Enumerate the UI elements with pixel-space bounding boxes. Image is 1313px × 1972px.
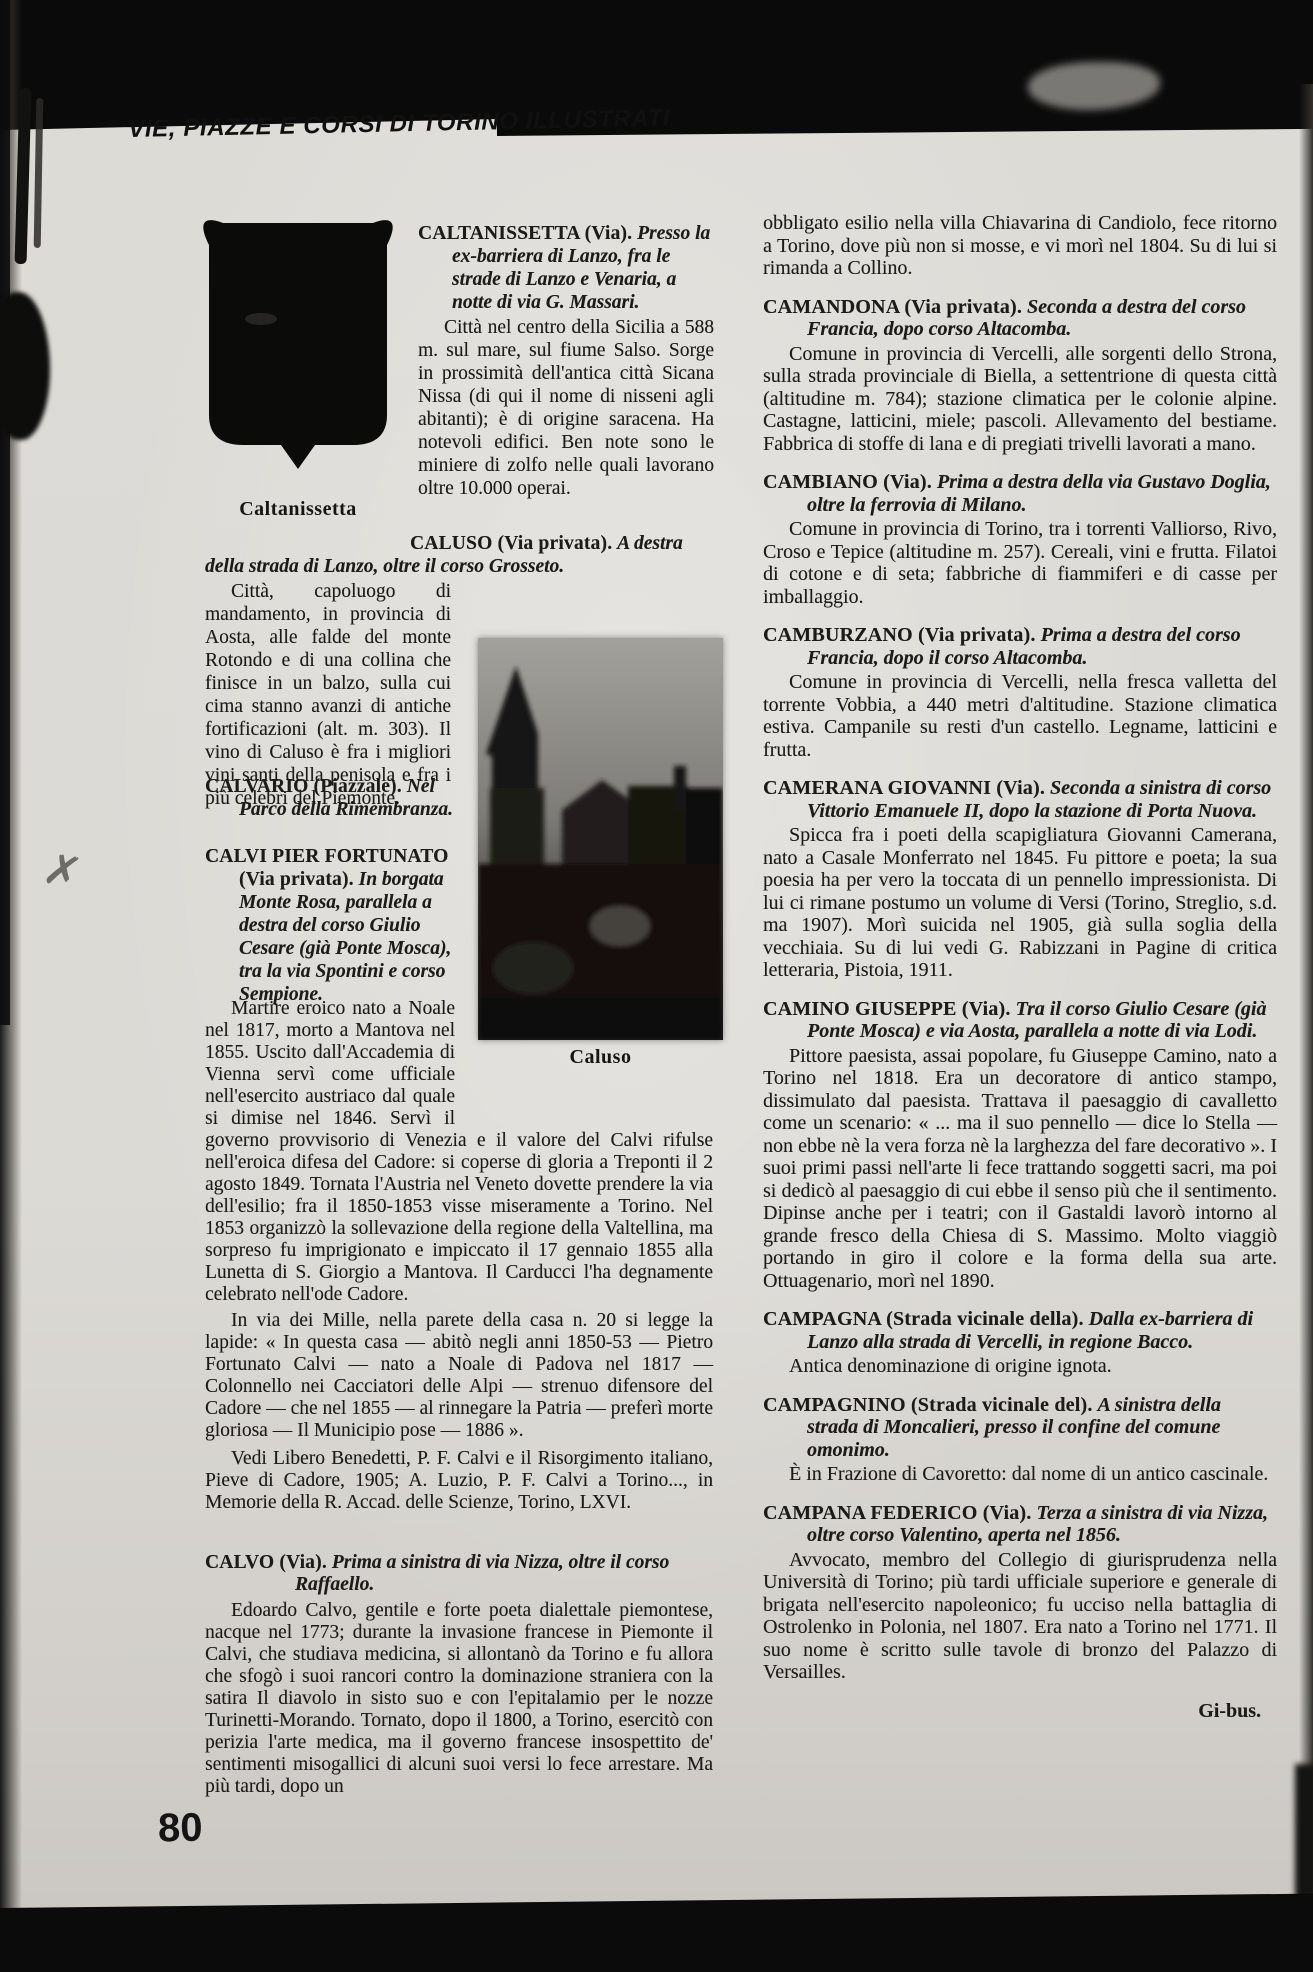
entry-name: CALVARIO (Piazzale). <box>205 776 402 797</box>
column-right: obbligato esilio nella villa Chiavarina … <box>763 212 1277 1722</box>
entry-calvi-biography: Martire eroico nato a Noale nel 1817, mo… <box>205 998 713 1306</box>
entry-paragraph: In via dei Mille, nella parete della cas… <box>205 1310 713 1442</box>
caltanissetta-coat-of-arms <box>193 211 403 469</box>
entry-camerana-giovanni: CAMERANA GIOVANNI (Via). Seconda a sinis… <box>763 777 1277 982</box>
entry-paragraph: Comune in provincia di Vercelli, nella f… <box>763 671 1277 761</box>
coat-of-arms-caption: Caltanissetta <box>193 498 403 521</box>
shield-icon <box>193 211 403 469</box>
entry-calvi-plaque: In via dei Mille, nella parete della cas… <box>205 1310 713 1442</box>
entry-heading: CALVI PIER FORTUNATO (Via privata). In b… <box>205 845 461 1006</box>
entry-name: CALTANISSETTA (Via). <box>418 223 632 244</box>
handwritten-x-mark: ✗ <box>38 842 86 900</box>
entry-paragraph: obbligato esilio nella villa Chiavarina … <box>763 212 1277 280</box>
entry-heading: CAMPAGNINO (Strada vicinale del). A sini… <box>763 1394 1277 1462</box>
entry-calvo-continuation: obbligato esilio nella villa Chiavarina … <box>763 212 1277 280</box>
entry-heading: CAMANDONA (Via privata). Seconda a destr… <box>763 296 1277 341</box>
entry-paragraph: Pittore paesista, assai popolare, fu Giu… <box>763 1045 1277 1293</box>
entry-heading: CAMBIANO (Via). Prima a destra della via… <box>763 471 1277 516</box>
entry-heading: CAMPANA FEDERICO (Via). Terza a sinistra… <box>763 1502 1277 1547</box>
entry-name: CAMPANA FEDERICO (Via). <box>763 1502 1031 1524</box>
entry-name: CAMPAGNINO (Strada vicinale del). <box>763 1394 1093 1416</box>
entry-location: Prima a sinistra di via Nizza, oltre il … <box>295 1552 669 1595</box>
entry-camburzano: CAMBURZANO (Via privata). Prima a destra… <box>763 624 1277 761</box>
entry-paragraph: Avvocato, membro del Collegio di giurisp… <box>763 1549 1277 1684</box>
entry-calvi-pier-fortunato: CALVI PIER FORTUNATO (Via privata). In b… <box>205 845 461 1008</box>
entry-heading: CAMINO GIUSEPPE (Via). Tra il corso Giul… <box>763 998 1277 1043</box>
entry-paragraph: È in Frazione di Cavoretto: dal nome di … <box>763 1463 1277 1486</box>
photo-wrap-spacer <box>465 626 713 816</box>
entry-calvo: CALVO (Via). Prima a sinistra di via Niz… <box>205 1552 713 1798</box>
corner-smudge <box>1295 1764 1313 1914</box>
entry-name: CAMBIANO (Via). <box>763 471 932 493</box>
entry-cambiano: CAMBIANO (Via). Prima a destra della via… <box>763 471 1277 608</box>
entry-campagnino: CAMPAGNINO (Strada vicinale del). A sini… <box>763 1394 1277 1486</box>
entry-calvario: CALVARIO (Piazzale). Nel Parco della Rim… <box>205 775 461 823</box>
entry-name: CAMERANA GIOVANNI (Via). <box>763 777 1045 799</box>
entry-calvi-bibliography: Vedi Libero Benedetti, P. F. Calvi e il … <box>205 1448 713 1514</box>
page-number: 80 <box>158 1806 203 1852</box>
author-signature: Gi-bus. <box>763 1700 1277 1723</box>
entry-heading: CALTANISSETTA (Via). Presso la ex-barrie… <box>418 222 714 314</box>
entry-caluso: CALUSO (Via privata). A destra della str… <box>205 532 713 816</box>
entry-paragraph: Antica denominazione di origine ignota. <box>763 1355 1277 1378</box>
entry-heading: CALUSO (Via privata). A destra della str… <box>205 532 713 578</box>
entry-paragraph: Città nel centro della Sicilia a 588 m. … <box>418 316 714 500</box>
entry-camino-giuseppe: CAMINO GIUSEPPE (Via). Tra il corso Giul… <box>763 998 1277 1293</box>
entry-campana-federico: CAMPANA FEDERICO (Via). Terza a sinistra… <box>763 1502 1277 1684</box>
entry-heading: CAMBURZANO (Via privata). Prima a destra… <box>763 624 1277 669</box>
entry-paragraph: Comune in provincia di Torino, tra i tor… <box>763 518 1277 608</box>
ink-blob <box>0 292 50 440</box>
entry-campagna: CAMPAGNA (Strada vicinale della). Dalla … <box>763 1308 1277 1378</box>
entry-heading: CALVO (Via). Prima a sinistra di via Niz… <box>205 1552 713 1596</box>
entry-caltanissetta: CALTANISSETTA (Via). Presso la ex-barrie… <box>418 222 714 500</box>
entry-name: CAMINO GIUSEPPE (Via). <box>763 998 1011 1020</box>
entry-name: CAMPAGNA (Strada vicinale della). <box>763 1308 1084 1330</box>
book-page: VIE, PIAZZE E CORSI DI TORINO ILLUSTRATI… <box>0 0 1313 1972</box>
entry-name: CALUSO (Via privata). <box>410 533 612 554</box>
entry-paragraph: Spicca fra i poeti della scapigliatura G… <box>763 824 1277 982</box>
spine-shadow-dark <box>0 0 10 1025</box>
entry-heading: CAMERANA GIOVANNI (Via). Seconda a sinis… <box>763 777 1277 822</box>
entry-name: CAMANDONA (Via privata). <box>763 296 1022 318</box>
binding-mark <box>34 98 44 248</box>
photo-wrap-spacer <box>467 998 713 1112</box>
page-edge-shadow <box>1299 84 1313 1972</box>
entry-paragraph: Vedi Libero Benedetti, P. F. Calvi e il … <box>205 1448 713 1514</box>
entry-paragraph: Edoardo Calvo, gentile e forte poeta dia… <box>205 1600 713 1798</box>
entry-heading: CALVARIO (Piazzale). Nel Parco della Rim… <box>205 775 461 821</box>
entry-camandona: CAMANDONA (Via privata). Seconda a destr… <box>763 296 1277 456</box>
entry-name: CAMBURZANO (Via privata). <box>763 624 1036 646</box>
entry-paragraph: Martire eroico nato a Noale nel 1817, mo… <box>205 998 713 1306</box>
entry-paragraph: Comune in provincia di Vercelli, alle so… <box>763 343 1277 456</box>
bottom-black-band <box>0 1892 1313 1972</box>
entry-heading: CAMPAGNA (Strada vicinale della). Dalla … <box>763 1308 1277 1353</box>
entry-name: CALVO (Via). <box>205 1552 327 1573</box>
